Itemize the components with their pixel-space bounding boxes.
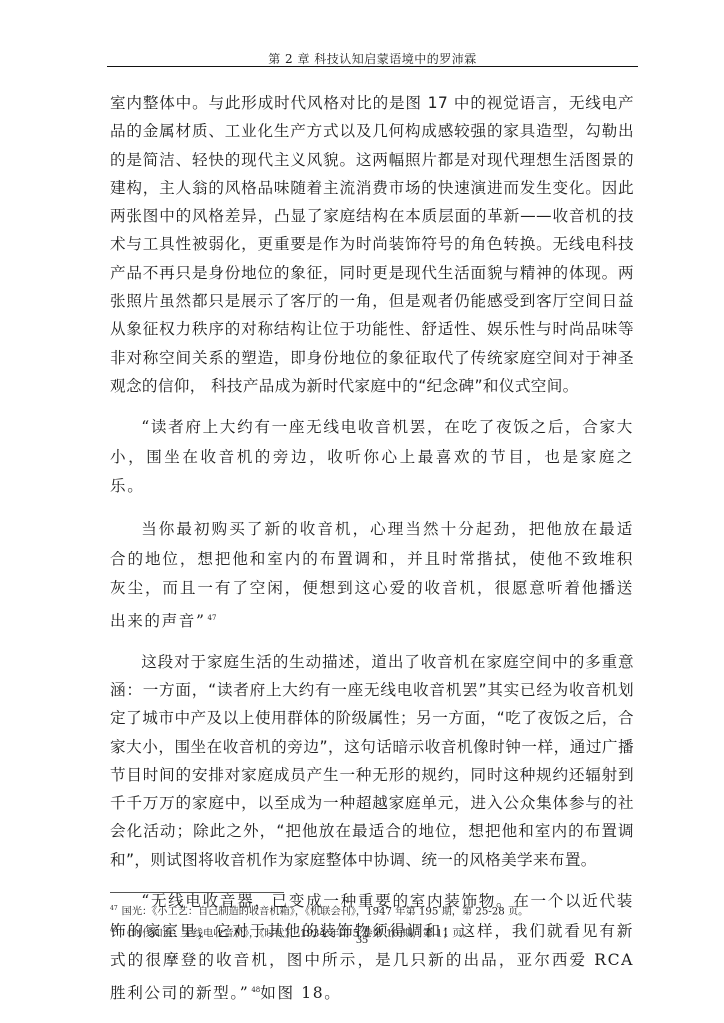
block-quote-1-paragraph-2: 当你最初购买了新的收音机，心理当然十分起劲，把他放在最适合的地位，想把他和室内的… <box>110 515 634 637</box>
page-body: 室内整体中。与此形成时代风格对比的是图 17 中的视觉语言，无线电产品的金属材质… <box>110 89 634 1009</box>
footnote-number: 47 <box>110 905 118 912</box>
body-paragraph-1: 室内整体中。与此形成时代风格对比的是图 17 中的视觉语言，无线电产品的金属材质… <box>110 89 634 400</box>
footnote-ref-47[interactable]: 47 <box>208 614 217 622</box>
block-quote-2-tail: 如图 18。 <box>260 984 341 1002</box>
footnote-ref-48[interactable]: 48 <box>251 986 260 994</box>
header-rule <box>107 66 638 67</box>
footnote-47: 47国光：《小工艺：自己制造的收音机箱》，《机联会刊》，1947 年第 195 … <box>110 899 640 921</box>
page-number: 35 <box>0 932 724 947</box>
footnote-separator <box>110 892 284 893</box>
block-quote-1-paragraph-1: “读者府上大约有一座无线电收音机罢，在吃了夜饭之后，合家大小，围坐在收音机的旁边… <box>110 413 634 502</box>
footnote-text: 国光：《小工艺：自己制造的收音机箱》，《机联会刊》，1947 年第 195 期，… <box>122 906 529 917</box>
block-quote-1-paragraph-2-text: 当你最初购买了新的收音机，心理当然十分起劲，把他放在最适合的地位，想把他和室内的… <box>110 520 634 630</box>
running-header: 第 2 章 科技认知启蒙语境中的罗沛霖 <box>107 50 638 67</box>
body-paragraph-2: 这段对于家庭生活的生动描述，道出了收音机在家庭空间中的多重意涵：一方面，“读者府… <box>110 648 634 874</box>
